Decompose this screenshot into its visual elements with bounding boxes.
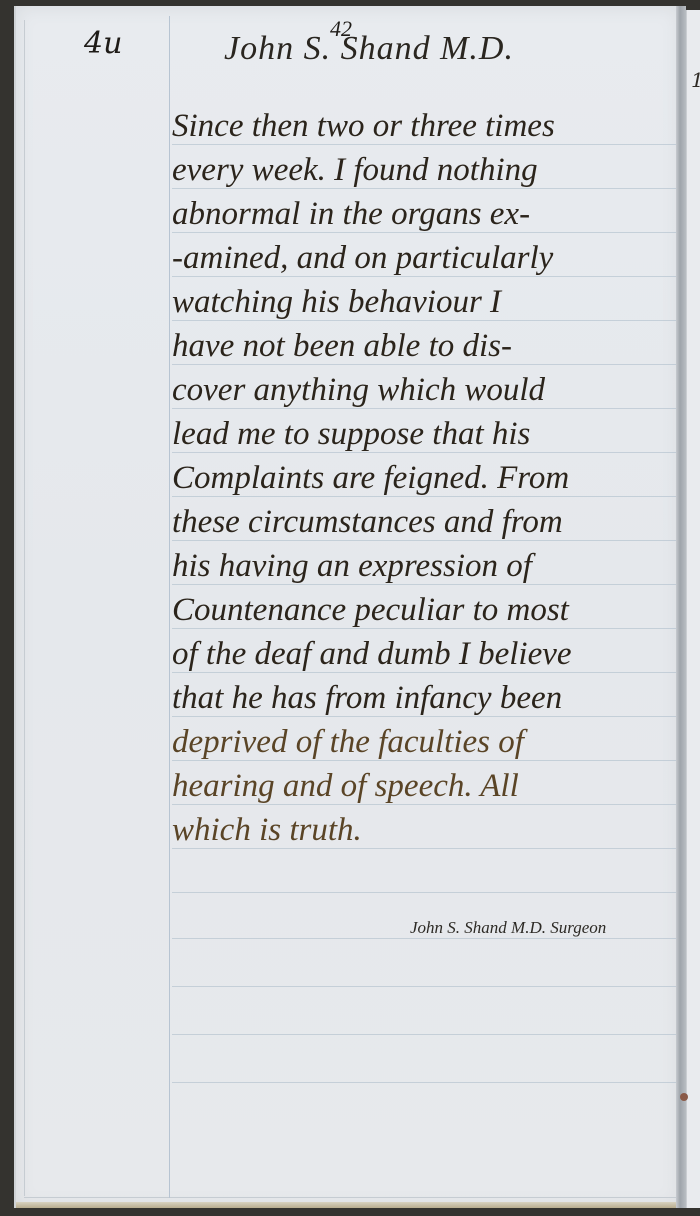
page-inner-border [24,20,25,1196]
signature: John S. Shand M.D. Surgeon [410,918,606,938]
text-line: cover anything which would [172,370,680,410]
ruled-line [172,986,678,987]
text-line: deprived of the faculties of [172,722,680,762]
page-bottom-edge [16,1202,680,1208]
ruled-line [172,1082,678,1083]
text-line: watching his behaviour I [172,282,680,322]
text-line: -amined, and on particularly [172,238,680,278]
facing-page-edge: 1 [686,10,700,1208]
margin-rule [169,16,170,1198]
text-line: which is truth. [172,810,680,850]
text-line: every week. I found nothing [172,150,680,190]
text-line: abnormal in the organs ex- [172,194,680,234]
text-line: Countenance peculiar to most [172,590,680,630]
text-line: hearing and of speech. All [172,766,680,806]
text-line: Since then two or three times [172,106,680,146]
page-number: 42 [330,16,352,42]
facing-page-mark: 1 [691,68,700,92]
text-line: of the deaf and dumb I believe [172,634,680,674]
ruled-line [172,938,678,939]
page-inner-border-bottom [24,1197,680,1198]
ruled-line [172,1034,678,1035]
folio-mark: 4u [84,26,122,61]
text-line: these circumstances and from [172,502,680,542]
text-line: that he has from infancy been [172,678,680,718]
page-header-title: John S. Shand M.D. [224,30,514,68]
ruled-line [172,892,678,893]
text-line: lead me to suppose that his [172,414,680,454]
text-line: his having an expression of [172,546,680,586]
text-line: have not been able to dis- [172,326,680,366]
ink-spot [680,1093,688,1101]
text-line: Complaints are feigned. From [172,458,680,498]
